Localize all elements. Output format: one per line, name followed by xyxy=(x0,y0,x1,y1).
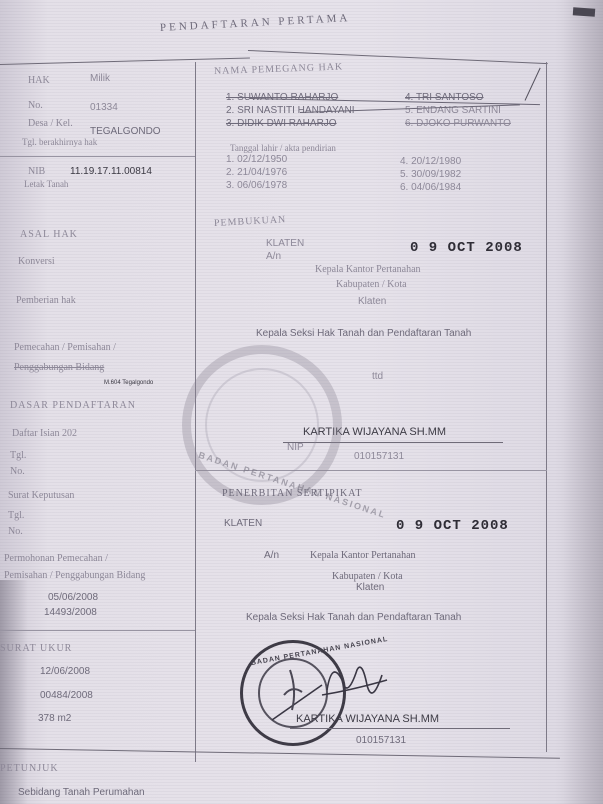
pen-mark xyxy=(525,68,541,101)
desa-value: TEGALGONDO xyxy=(90,126,161,137)
pembukuan-kepala-seksi: Kepala Seksi Hak Tanah dan Pendaftaran T… xyxy=(256,328,471,339)
frame-line-bottom xyxy=(0,748,560,759)
letak-tanah-label: Letak Tanah xyxy=(24,179,68,189)
page-shadow-right xyxy=(563,0,603,804)
penerbitan-an-label: A/n xyxy=(264,550,279,561)
konversi-label: Konversi xyxy=(18,256,55,267)
pembukuan-klaten: Klaten xyxy=(358,296,386,307)
pemberian-hak-label: Pemberian hak xyxy=(16,295,76,306)
no-label: No. xyxy=(28,100,43,111)
penerbitan-signature-line xyxy=(290,728,510,729)
dob-3: 3. 06/06/1978 xyxy=(226,180,287,191)
penerbitan-kepala-kantor: Kepala Kantor Pertanahan xyxy=(310,550,416,561)
penggabungan-value: M.604 Tegalgondo xyxy=(104,380,153,386)
permohonan-no-value: 14493/2008 xyxy=(44,607,97,618)
page-corner xyxy=(573,7,596,17)
penerbitan-kepala-seksi: Kepala Seksi Hak Tanah dan Pendaftaran T… xyxy=(246,612,461,623)
penggabungan-label: Penggabungan Bidang xyxy=(14,362,104,373)
divider-surat-ukur xyxy=(0,630,195,631)
permohonan-label: Permohonan Pemecahan / xyxy=(4,553,108,564)
penerbitan-nip-value: 010157131 xyxy=(356,735,406,746)
hak-value: Milik xyxy=(90,73,110,84)
dob-4: 4. 20/12/1980 xyxy=(400,156,461,167)
frame-line-top-right xyxy=(248,50,548,64)
pembukuan-nip-value: 010157131 xyxy=(354,451,404,462)
dob-heading: Tanggal lahir / akta pendirian xyxy=(230,143,336,153)
surat-ukur-luas-value: 378 m2 xyxy=(38,713,71,724)
petunjuk-heading: PETUNJUK xyxy=(0,763,59,774)
pembukuan-kepala-kantor: Kepala Kantor Pertanahan xyxy=(315,264,421,275)
surat-ukur-no-value: 00484/2008 xyxy=(40,690,93,701)
pembukuan-date-stamp: 0 9 OCT 2008 xyxy=(410,240,523,256)
pembukuan-city: KLATEN xyxy=(266,238,304,249)
divider-nib xyxy=(0,156,195,157)
penerbitan-date-stamp: 0 9 OCT 2008 xyxy=(396,518,509,534)
pemisahan-label: Pemisahan / Penggabungan Bidang xyxy=(4,570,145,581)
pembukuan-ttd: ttd xyxy=(372,371,383,382)
penerbitan-official-name: KARTIKA WIJAYANA SH.MM xyxy=(296,713,439,725)
penerbitan-kabupaten: Kabupaten / Kota xyxy=(332,571,403,582)
holder-1: 1. SUWANTO RAHARJO xyxy=(226,92,338,103)
surat-keputusan-label: Surat Keputusan xyxy=(8,490,74,501)
daftar-isian-label: Daftar Isian 202 xyxy=(12,428,77,439)
permohonan-tgl-value: 05/06/2008 xyxy=(48,592,98,603)
sk-tgl-label: Tgl. xyxy=(8,510,24,521)
petunjuk-value: Sebidang Tanah Perumahan xyxy=(18,787,145,798)
holder-6: 6. DJOKO PURWANTO xyxy=(405,118,511,129)
pembukuan-an-label: A/n xyxy=(266,251,281,262)
daftar-tgl-label: Tgl. xyxy=(10,450,26,461)
desa-label: Desa / Kel. xyxy=(28,118,73,129)
right-border xyxy=(546,62,547,752)
holder-3: 3. DIDIK DWI RAHARJO xyxy=(226,118,337,129)
penerbitan-klaten: Klaten xyxy=(356,582,384,593)
dob-2: 2. 21/04/1976 xyxy=(226,167,287,178)
dob-6: 6. 04/06/1984 xyxy=(400,182,461,193)
no-value: 01334 xyxy=(90,102,118,113)
pembukuan-kabupaten: Kabupaten / Kota xyxy=(336,279,407,290)
dasar-pendaftaran-heading: DASAR PENDAFTARAN xyxy=(10,400,136,411)
nib-value: 11.19.17.11.00814 xyxy=(70,166,152,177)
sk-no-label: No. xyxy=(8,526,23,537)
pembukuan-heading: PEMBUKUAN xyxy=(214,214,287,229)
nib-label: NIB xyxy=(28,166,45,177)
dob-1: 1. 02/12/1950 xyxy=(226,154,287,165)
pemecahan-label: Pemecahan / Pemisahan / xyxy=(14,342,116,353)
document-title: PENDAFTARAN PERTAMA xyxy=(160,12,351,34)
penerbitan-heading: PENERBITAN SERTIPIKAT xyxy=(222,488,362,499)
dob-5: 5. 30/09/1982 xyxy=(400,169,461,180)
document-page: PENDAFTARAN PERTAMA HAK Milik No. 01334 … xyxy=(0,0,603,804)
asal-hak-heading: ASAL HAK xyxy=(20,229,78,240)
surat-ukur-heading: SURAT UKUR xyxy=(0,643,72,654)
tgl-berakhir-label: Tgl. berakhirnya hak xyxy=(22,137,97,147)
pemegang-hak-heading: NAMA PEMEGANG HAK xyxy=(214,61,344,77)
surat-ukur-tgl-value: 12/06/2008 xyxy=(40,666,90,677)
daftar-no-label: No. xyxy=(10,466,25,477)
penerbitan-city: KLATEN xyxy=(224,518,262,529)
hak-label: HAK xyxy=(28,75,50,86)
frame-line-top-left xyxy=(0,57,250,65)
